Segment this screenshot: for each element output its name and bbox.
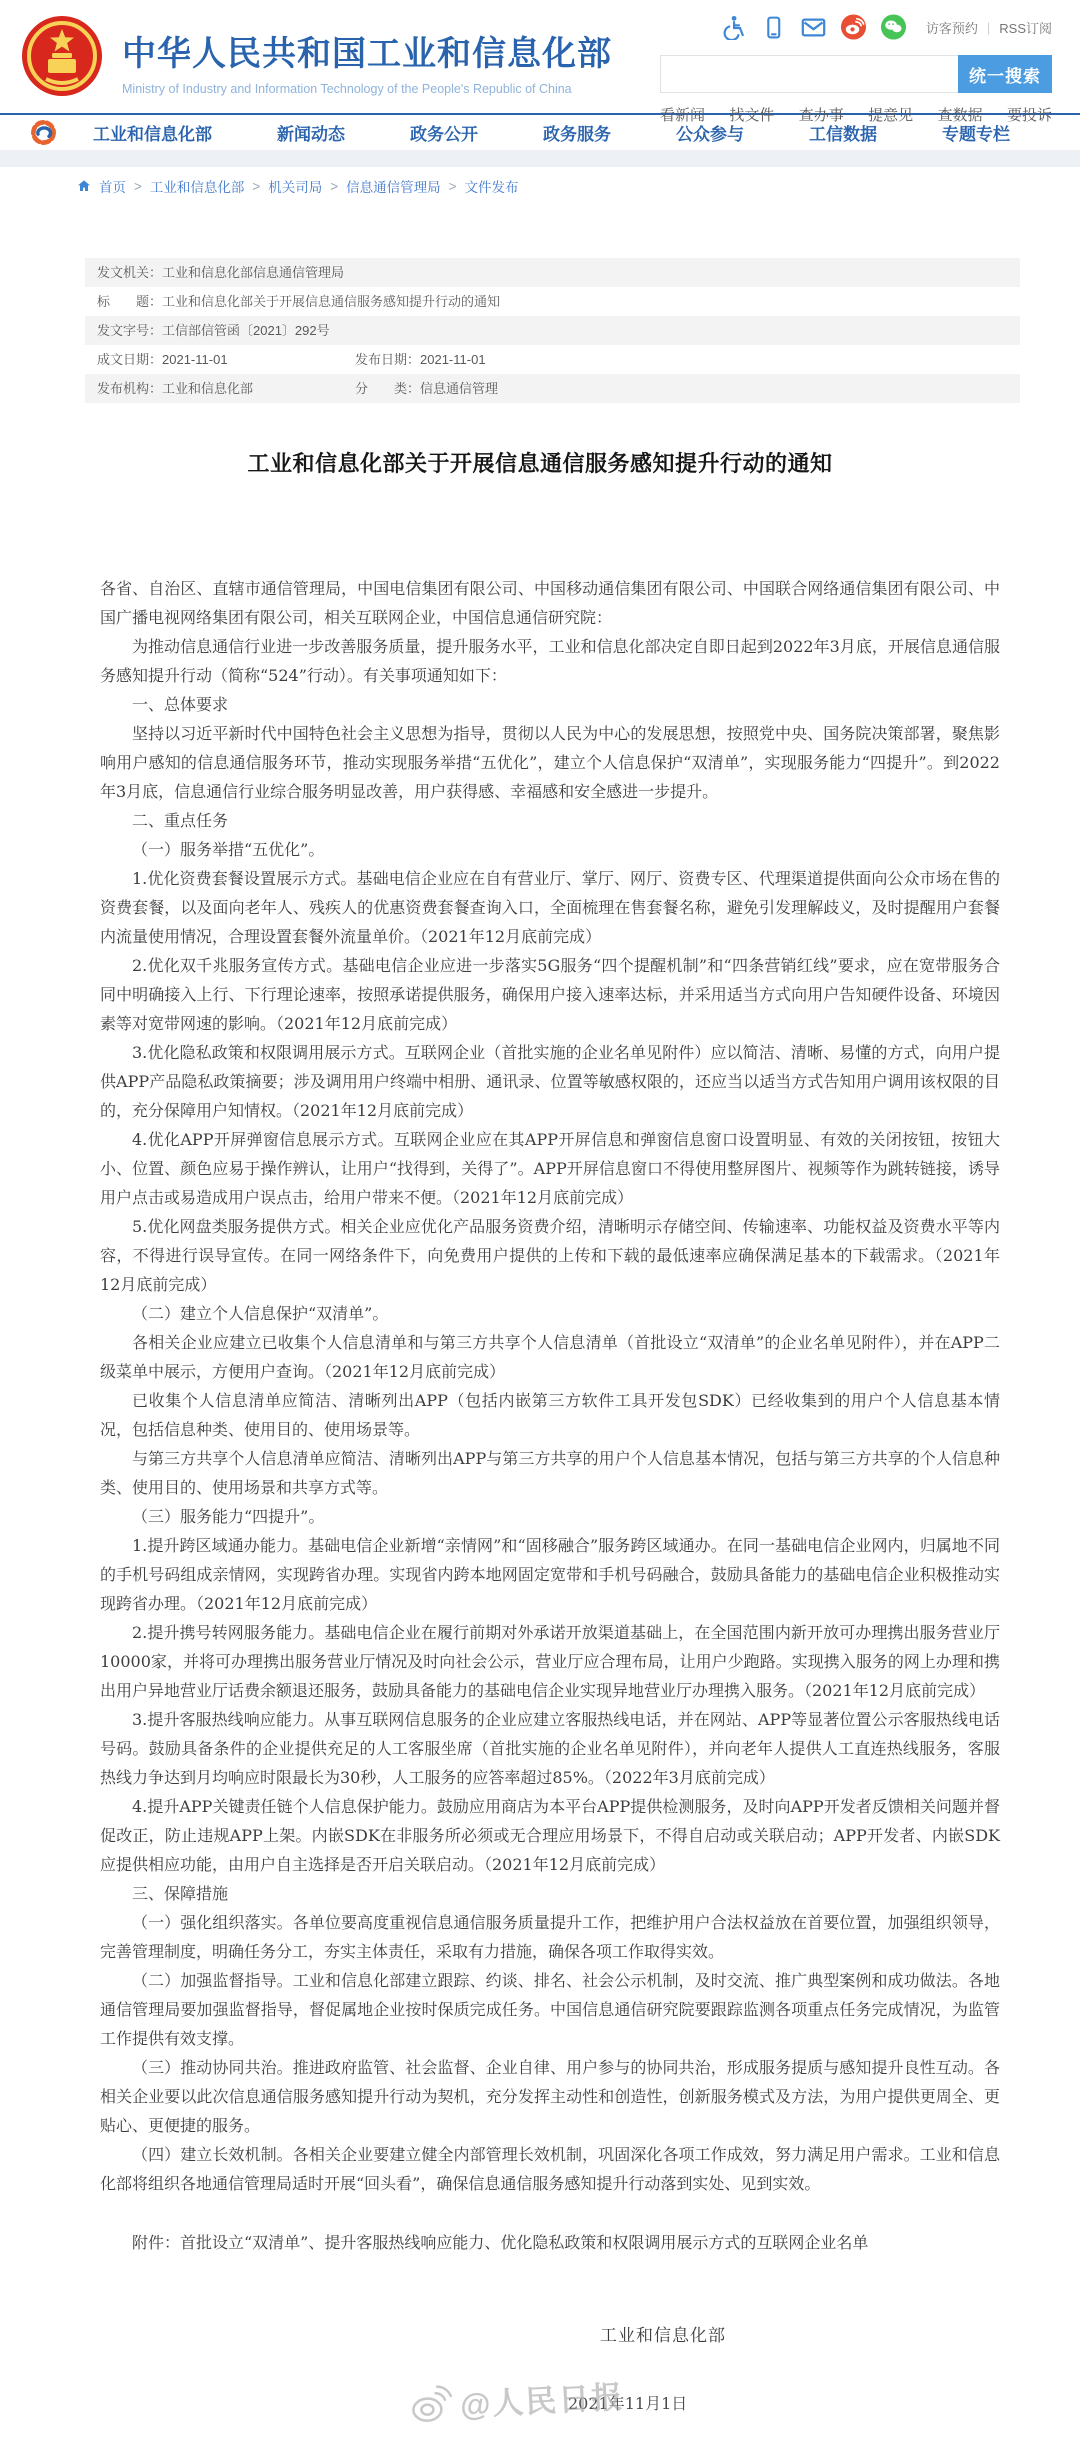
document-meta-table: 发文机关：工业和信息化部信息通信管理局 标 题：工业和信息化部关于开展信息通信服… bbox=[85, 258, 1020, 403]
rss-subscribe-link[interactable]: RSS订阅 bbox=[999, 18, 1052, 37]
wechat-icon[interactable] bbox=[880, 14, 907, 41]
meta-value: 2021-11-01 bbox=[162, 352, 228, 367]
document-paragraph: 4.优化APP开屏弹窗信息展示方式。互联网企业应在其APP开屏信息和弹窗信息窗口… bbox=[100, 1125, 1000, 1212]
miit-logo-mark-icon bbox=[30, 119, 57, 146]
meta-row-title: 标 题：工业和信息化部关于开展信息通信服务感知提升行动的通知 bbox=[85, 287, 1020, 316]
site-title: 中华人民共和国工业和信息化部 bbox=[122, 26, 612, 75]
breadcrumb-separator: > bbox=[330, 179, 338, 194]
document-paragraph: 各省、自治区、直辖市通信管理局，中国电信集团有限公司、中国移动通信集团有限公司、… bbox=[100, 574, 1000, 632]
site-subtitle: Ministry of Industry and Information Tec… bbox=[122, 82, 612, 96]
nav-item[interactable]: 新闻动态 bbox=[277, 120, 345, 145]
meta-value: 2021-11-01 bbox=[420, 352, 486, 367]
quick-link[interactable]: 提意见 bbox=[868, 104, 913, 125]
accessibility-icon[interactable] bbox=[720, 14, 747, 41]
document-paragraph: 1.优化资费套餐设置展示方式。基础电信企业应在自有营业厅、掌厅、网厅、资费专区、… bbox=[100, 864, 1000, 951]
document-paragraph: 2.优化双千兆服务宣传方式。基础电信企业应进一步落实5G服务“四个提醒机制”和“… bbox=[100, 951, 1000, 1038]
document-paragraph: 已收集个人信息清单应简洁、清晰列出APP（包括内嵌第三方软件工具开发包SDK）已… bbox=[100, 1386, 1000, 1444]
signature-org: 工业和信息化部 bbox=[600, 2321, 726, 2346]
attachment-line: 附件：首批设立“双清单”、提升客服热线响应能力、优化隐私政策和权限调用展示方式的… bbox=[0, 2228, 1080, 2257]
document-title: 工业和信息化部关于开展信息通信服务感知提升行动的通知 bbox=[40, 447, 1040, 478]
meta-value: 工业和信息化部信息通信管理局 bbox=[162, 265, 344, 280]
nav-item[interactable]: 政务服务 bbox=[543, 120, 611, 145]
document-paragraph: （二）加强监督指导。工业和信息化部建立跟踪、约谈、排名、社会公示机制，及时交流、… bbox=[100, 1966, 1000, 2053]
document-paragraph: 与第三方共享个人信息清单应简洁、清晰列出APP与第三方共享的用户个人信息基本情况… bbox=[100, 1444, 1000, 1502]
breadcrumb-separator: > bbox=[134, 179, 142, 194]
quick-link[interactable]: 查数据 bbox=[938, 104, 983, 125]
document-paragraph: 一、总体要求 bbox=[100, 690, 1000, 719]
quick-link[interactable]: 查办事 bbox=[799, 104, 844, 125]
quick-link[interactable]: 看新闻 bbox=[660, 104, 705, 125]
quick-link[interactable]: 找文件 bbox=[729, 104, 774, 125]
section-divider-band bbox=[0, 151, 1080, 167]
meta-row-dates: 成文日期：2021-11-01 发布日期：2021-11-01 bbox=[85, 345, 1020, 374]
meta-value: 信息通信管理 bbox=[420, 381, 498, 396]
signature-date: 2021年11月1日 bbox=[568, 2391, 687, 2414]
search-input[interactable] bbox=[660, 55, 958, 93]
meta-label: 发布机构： bbox=[97, 381, 162, 396]
quick-links: 看新闻找文件查办事提意见查数据要投诉 bbox=[660, 104, 1052, 125]
document-paragraph: 各相关企业应建立已收集个人信息清单和与第三方共享个人信息清单（首批设立“双清单”… bbox=[100, 1328, 1000, 1386]
document-paragraph: 三、保障措施 bbox=[100, 1879, 1000, 1908]
document-paragraph: （一）强化组织落实。各单位要高度重视信息通信服务质量提升工作，把维护用户合法权益… bbox=[100, 1908, 1000, 1966]
meta-row-doc-number: 发文字号：工信部信管函〔2021〕292号 bbox=[85, 316, 1020, 345]
signature-block: 工业和信息化部 2021年11月1日 @人民日报 bbox=[0, 2299, 1080, 2449]
breadcrumb-link[interactable]: 文件发布 bbox=[465, 176, 519, 196]
mail-icon[interactable] bbox=[800, 14, 827, 41]
document-paragraph: 坚持以习近平新时代中国特色社会主义思想为指导，贯彻以人民为中心的发展思想，按照党… bbox=[100, 719, 1000, 806]
divider: | bbox=[987, 20, 990, 35]
document-body: 各省、自治区、直辖市通信管理局，中国电信集团有限公司、中国移动通信集团有限公司、… bbox=[0, 574, 1080, 2198]
header-icons-row: 访客预约 | RSS订阅 bbox=[660, 12, 1052, 42]
weibo-icon[interactable] bbox=[840, 14, 867, 41]
weibo-watermark-icon bbox=[407, 2382, 455, 2426]
document-paragraph: （四）建立长效机制。各相关企业要建立健全内部管理长效机制，巩固深化各项工作成效，… bbox=[100, 2140, 1000, 2198]
meta-label: 标 题： bbox=[97, 294, 162, 309]
meta-value: 工信部信管函〔2021〕292号 bbox=[162, 323, 330, 338]
meta-label: 成文日期： bbox=[97, 352, 162, 367]
document-paragraph: （一）服务举措“五优化”。 bbox=[100, 835, 1000, 864]
document-paragraph: 1.提升跨区域通办能力。基础电信企业新增“亲情网”和“固移融合”服务跨区域通办。… bbox=[100, 1531, 1000, 1618]
document-paragraph: 2.提升携号转网服务能力。基础电信企业在履行前期对外承诺开放渠道基础上，在全国范… bbox=[100, 1618, 1000, 1705]
meta-label: 发布日期： bbox=[355, 352, 420, 367]
breadcrumb-link[interactable]: 机关司局 bbox=[268, 176, 322, 196]
meta-row-issuing-office: 发文机关：工业和信息化部信息通信管理局 bbox=[85, 258, 1020, 287]
meta-label: 发文字号： bbox=[97, 323, 162, 338]
breadcrumb-separator: > bbox=[252, 179, 260, 194]
meta-value: 工业和信息化部关于开展信息通信服务感知提升行动的通知 bbox=[162, 294, 500, 309]
breadcrumb: 首页 > 工业和信息化部 > 机关司局 > 信息通信管理局 > 文件发布 bbox=[0, 167, 1080, 203]
meta-label: 分 类： bbox=[355, 381, 420, 396]
site-header: 中华人民共和国工业和信息化部 Ministry of Industry and … bbox=[0, 0, 1080, 113]
document-paragraph: 5.优化网盘类服务提供方式。相关企业应优化产品服务资费介绍，清晰明示存储空间、传… bbox=[100, 1212, 1000, 1299]
breadcrumb-home-link[interactable]: 首页 bbox=[99, 176, 126, 196]
document-paragraph: 二、重点任务 bbox=[100, 806, 1000, 835]
meta-label: 发文机关： bbox=[97, 265, 162, 280]
search-button[interactable]: 统一搜索 bbox=[958, 55, 1052, 93]
document-paragraph: （三）服务能力“四提升”。 bbox=[100, 1502, 1000, 1531]
mobile-icon[interactable] bbox=[760, 14, 787, 41]
meta-row-publisher: 发布机构：工业和信息化部 分 类：信息通信管理 bbox=[85, 374, 1020, 403]
document-paragraph: 3.优化隐私政策和权限调用展示方式。互联网企业（首批实施的企业名单见附件）应以简… bbox=[100, 1038, 1000, 1125]
quick-link[interactable]: 要投诉 bbox=[1007, 104, 1052, 125]
nav-item[interactable]: 工业和信息化部 bbox=[93, 120, 212, 145]
document-paragraph: （三）推动协同共治。推进政府监管、社会监督、企业自律、用户参与的协同共治，形成服… bbox=[100, 2053, 1000, 2140]
visitor-appointment-link[interactable]: 访客预约 bbox=[926, 18, 978, 37]
home-icon[interactable] bbox=[76, 178, 92, 194]
nav-item[interactable]: 政务公开 bbox=[410, 120, 478, 145]
meta-value: 工业和信息化部 bbox=[162, 381, 253, 396]
breadcrumb-link[interactable]: 信息通信管理局 bbox=[346, 176, 441, 196]
document-paragraph: 为推动信息通信行业进一步改善服务质量，提升服务水平，工业和信息化部决定自即日起到… bbox=[100, 632, 1000, 690]
document-paragraph: 3.提升客服热线响应能力。从事互联网信息服务的企业应建立客服热线电话，并在网站、… bbox=[100, 1705, 1000, 1792]
national-emblem-logo[interactable] bbox=[20, 13, 104, 99]
document-paragraph: 4.提升APP关键责任链个人信息保护能力。鼓励应用商店为本平台APP提供检测服务… bbox=[100, 1792, 1000, 1879]
document-paragraph: （二）建立个人信息保护“双清单”。 bbox=[100, 1299, 1000, 1328]
breadcrumb-separator: > bbox=[449, 179, 457, 194]
breadcrumb-link[interactable]: 工业和信息化部 bbox=[150, 176, 245, 196]
